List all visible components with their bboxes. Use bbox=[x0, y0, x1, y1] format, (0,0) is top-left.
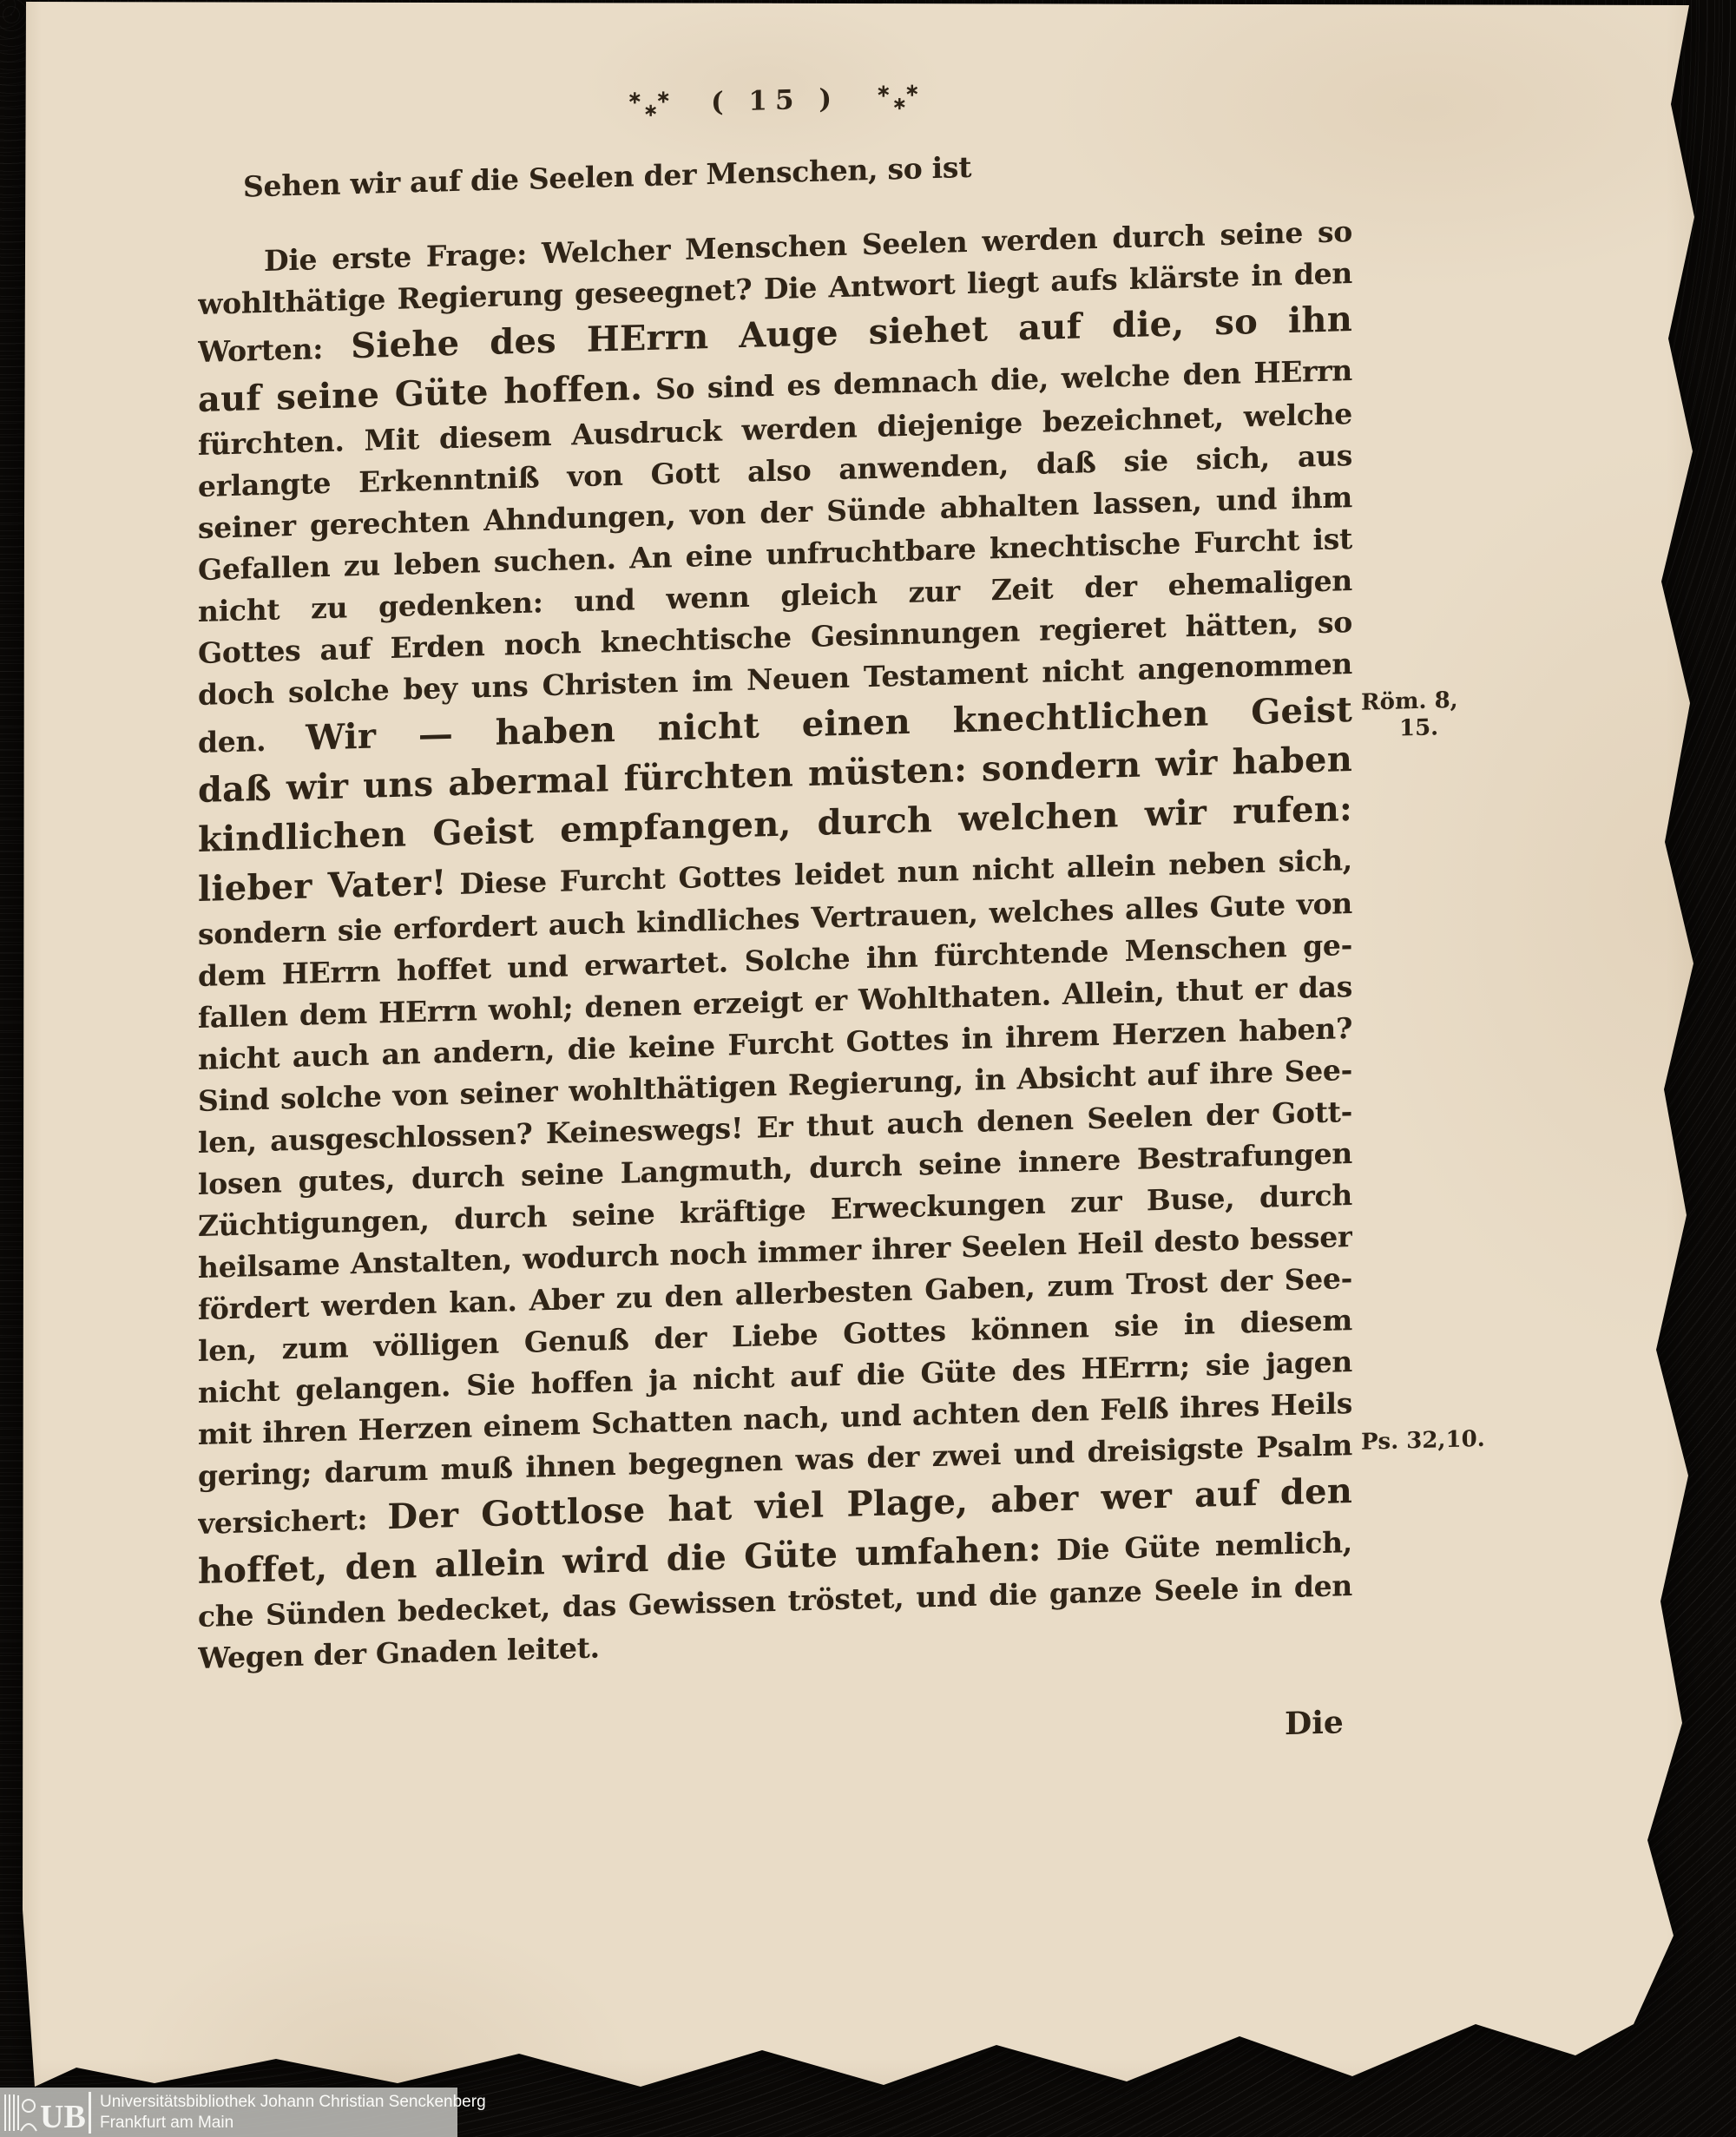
banner-divider bbox=[89, 2092, 91, 2134]
ornament-row: ∗ bbox=[643, 104, 659, 117]
body-text-segment: Worten: bbox=[198, 331, 351, 369]
page-number: ( 15 ) bbox=[707, 83, 843, 118]
scan-background: { "page": { "header": { "ornament_top": … bbox=[0, 0, 1736, 2137]
asterisk-ornament-right-icon: ∗ ∗ ∗ bbox=[876, 83, 924, 110]
printed-text-area: ∗ ∗ ∗ ( 15 ) ∗ ∗ ∗ Sehen wir auf die See… bbox=[198, 56, 1500, 1772]
margin-note: Ps. 32,10. bbox=[1361, 1425, 1509, 1456]
body-text-segment: versichert: bbox=[198, 1502, 387, 1541]
margin-note-line: Röm. 8, bbox=[1361, 686, 1509, 717]
library-name: Universitätsbibliothek Johann Christian … bbox=[100, 2092, 486, 2113]
margin-note-line: Ps. 32,10. bbox=[1361, 1425, 1509, 1456]
ornament-row: ∗ bbox=[891, 97, 907, 110]
scripture-emphasis-segment: auf seine Güte hoffen. bbox=[198, 367, 642, 420]
library-location: Frankfurt am Main bbox=[100, 2113, 486, 2134]
body-text-block: Sehen wir auf die Seelen der Menschen, s… bbox=[198, 132, 1500, 1680]
svg-text:UB: UB bbox=[40, 2099, 85, 2134]
ub-library-logo-icon: UB bbox=[2, 2092, 85, 2134]
text-line: Sehen wir auf die Seelen der Menschen, s… bbox=[198, 136, 1352, 209]
text-line-content: Sehen wir auf die Seelen der Menschen, s… bbox=[198, 136, 1352, 209]
scripture-emphasis-segment: lieber Vater! bbox=[198, 862, 447, 910]
margin-note: Röm. 8,15. bbox=[1361, 686, 1509, 744]
body-text-segment: Wegen der Gnaden leitet. bbox=[198, 1630, 600, 1675]
body-text-segment: den. bbox=[198, 723, 306, 759]
library-banner: UB Universitätsbibliothek Johann Christi… bbox=[0, 2088, 457, 2137]
body-text-segment: Sehen wir auf die Seelen der Menschen, s… bbox=[243, 150, 971, 204]
margin-note-line: 15. bbox=[1361, 713, 1509, 744]
banner-text: Universitätsbibliothek Johann Christian … bbox=[100, 2092, 486, 2134]
asterisk-ornament-left-icon: ∗ ∗ ∗ bbox=[627, 90, 674, 117]
